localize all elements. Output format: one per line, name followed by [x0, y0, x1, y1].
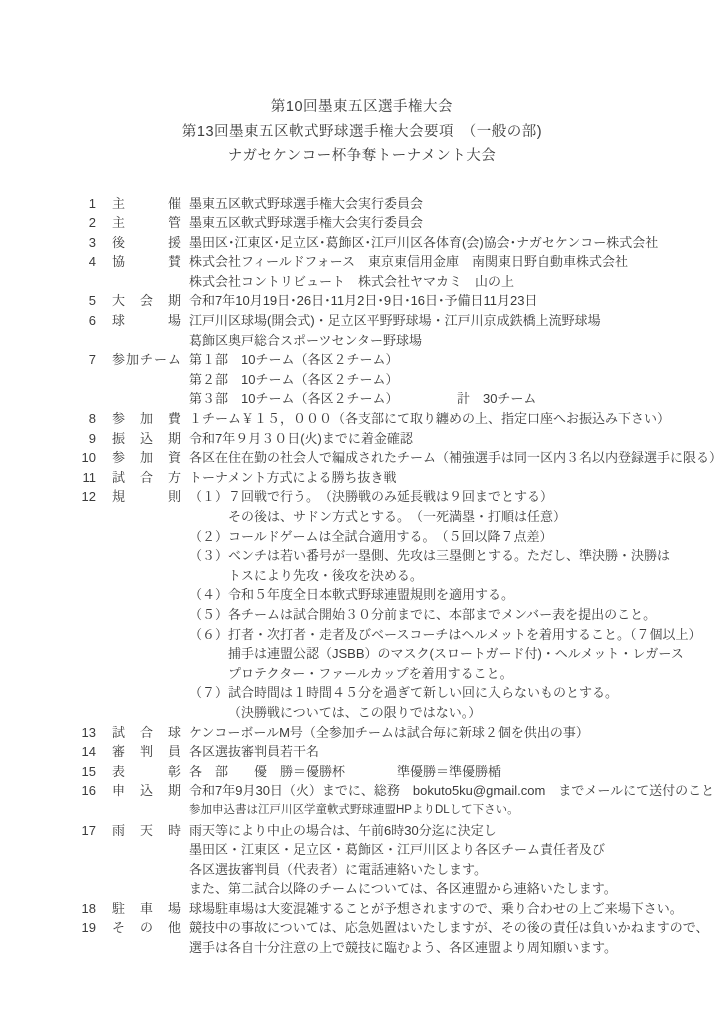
item-number: 7 — [78, 350, 96, 370]
list-item: 12規則（１）７回戦で行う。 （決勝戦のみ延長戦は９回までとする）その後は、サド… — [78, 487, 716, 722]
item-label: 雨天時 — [112, 821, 181, 841]
item-content: 第１部 10チーム（各区２チーム）第２部 10チーム（各区２チーム）第３部 10… — [189, 350, 716, 409]
item-content: 雨天等により中止の場合は、午前6時30分迄に決定し墨田区・江東区・足立区・葛飾区… — [189, 821, 716, 899]
item-number: 14 — [78, 742, 96, 762]
item-number: 5 — [78, 291, 96, 311]
list-item: 7参加チーム第１部 10チーム（各区２チーム）第２部 10チーム（各区２チーム）… — [78, 350, 716, 409]
item-label: 表彰 — [112, 762, 181, 782]
item-number: 11 — [78, 468, 96, 488]
item-content-line: 墨東五区軟式野球選手権大会実行委員会 — [189, 213, 716, 233]
item-content: 競技中の事故については、応急処置はいたしますが、その後の責任は負いかねますので、… — [189, 918, 716, 957]
item-content-line: 捕手は連盟公認（JSBB）のマスク(スロートガード付)・ヘルメット・レガース — [189, 644, 716, 664]
list-item: 13試合球ケンコーボールM号（全参加チームは試合毎に新球２個を供出の事） — [78, 723, 716, 743]
list-item: 18駐車場球場駐車場は大変混雑することが予想されますので、乗り合わせの上ご来場下… — [78, 899, 716, 919]
item-content-line: 第２部 10チーム（各区２チーム） — [189, 370, 716, 390]
item-label: 主管 — [112, 213, 181, 233]
item-content-line: 各区在住在勤の社会人で編成されたチーム（補強選手は同一区内３名以内登録選手に限る… — [189, 448, 716, 468]
item-content: 令和7年10月19日･26日･11月2日･9日･16日･予備日11月23日 — [189, 291, 716, 311]
item-content-line: （１）７回戦で行う。 （決勝戦のみ延長戦は９回までとする） — [189, 487, 716, 507]
item-content-line: （４）令和５年度全日本軟式野球連盟規則を適用する。 — [189, 585, 716, 605]
item-content-line: 墨東五区軟式野球選手権大会実行委員会 — [189, 194, 716, 214]
list-item: 9振込期令和7年９月３０日(火)までに着金確認 — [78, 429, 716, 449]
item-content: 墨田区･江東区･足立区･葛飾区･江戸川区各体育(会)協会･ナガセケンコー株式会社 — [189, 233, 716, 253]
item-content-line: １チーム￥１５，０００（各支部にて取り纏めの上、指定口座へお振込み下さい） — [189, 409, 716, 429]
item-content: 墨東五区軟式野球選手権大会実行委員会 — [189, 194, 716, 214]
item-number: 13 — [78, 723, 96, 743]
item-content-line: プロテクター・ファールカップを着用すること。 — [189, 664, 716, 684]
list-item: 4協賛株式会社フィールドフォース 東京東信用金庫 南関東日野自動車株式会社株式会… — [78, 252, 716, 291]
item-content-line: 第３部 10チーム（各区２チーム） 計 30チーム — [189, 389, 716, 409]
list-item: 11試合方トーナメント方式による勝ち抜き戦 — [78, 468, 716, 488]
item-content: １チーム￥１５，０００（各支部にて取り纏めの上、指定口座へお振込み下さい） — [189, 409, 716, 429]
list-item: 2主管墨東五区軟式野球選手権大会実行委員会 — [78, 213, 716, 233]
list-item: 1主催墨東五区軟式野球選手権大会実行委員会 — [78, 194, 716, 214]
item-number: 15 — [78, 762, 96, 782]
list-item: 10参加資各区在住在勤の社会人で編成されたチーム（補強選手は同一区内３名以内登録… — [78, 448, 716, 468]
item-content: 株式会社フィールドフォース 東京東信用金庫 南関東日野自動車株式会社株式会社コン… — [189, 252, 716, 291]
document-page: 第10回墨東五区選手権大会 第13回墨東五区軟式野球選手権大会要項 （一般の部)… — [0, 0, 724, 1024]
item-content-line: 各区選抜審判員若干名 — [189, 742, 716, 762]
title-line-3: ナガセケンコー杯争奪トーナメント大会 — [0, 144, 724, 169]
item-content-line: 選手は各自十分注意の上で競技に臨むよう、各区連盟より周知願います。 — [189, 938, 716, 958]
item-number: 6 — [78, 311, 96, 331]
item-content-line: 江戸川区球場(開会式)・足立区平野野球場・江戸川京成鉄橋上流野球場 — [189, 311, 716, 331]
item-content-line: 球場駐車場は大変混雑することが予想されますので、乗り合わせの上ご来場下さい。 — [189, 899, 716, 919]
item-content-line: 参加申込書は江戸川区学童軟式野球連盟HPよりDLして下さい。 — [189, 801, 716, 821]
item-label: 協賛 — [112, 252, 181, 272]
list-item: 17雨天時雨天等により中止の場合は、午前6時30分迄に決定し墨田区・江東区・足立… — [78, 821, 716, 899]
item-content-line: 各区選抜審判員（代表者）に電話連絡いたします。 — [189, 860, 716, 880]
item-number: 12 — [78, 487, 96, 507]
list-item: 3後援墨田区･江東区･足立区･葛飾区･江戸川区各体育(会)協会･ナガセケンコー株… — [78, 233, 716, 253]
item-label: 主催 — [112, 194, 181, 214]
item-content: ケンコーボールM号（全参加チームは試合毎に新球２個を供出の事） — [189, 723, 716, 743]
list-item: 16申込期令和7年9月30日（火）までに、総務 bokuto5ku@gmail.… — [78, 781, 716, 820]
item-number: 9 — [78, 429, 96, 449]
item-content-line: （決勝戦については、この限りではない。） — [189, 703, 716, 723]
item-content: 球場駐車場は大変混雑することが予想されますので、乗り合わせの上ご来場下さい。 — [189, 899, 716, 919]
list-item: 5大会期令和7年10月19日･26日･11月2日･9日･16日･予備日11月23… — [78, 291, 716, 311]
item-content-line: 令和7年９月３０日(火)までに着金確認 — [189, 429, 716, 449]
item-label: その他 — [112, 918, 181, 938]
item-number: 8 — [78, 409, 96, 429]
item-content-line: 株式会社コントリビュート 株式会社ヤマカミ 山の上 — [189, 272, 716, 292]
item-content-line: 葛飾区奥戸総合スポーツセンター野球場 — [189, 331, 716, 351]
item-content-line: 各 部 優 勝＝優勝杯 準優勝＝準優勝楯 — [189, 762, 716, 782]
item-label: 振込期 — [112, 429, 181, 449]
item-number: 10 — [78, 448, 96, 468]
item-number: 1 — [78, 194, 96, 214]
item-content-line: トーナメント方式による勝ち抜き戦 — [189, 468, 716, 488]
item-content-line: （５）各チームは試合開始３０分前までに、本部までメンバー表を提出のこと。 — [189, 605, 716, 625]
item-content-line: （２）コールドゲームは全試合適用する。 （５回以降７点差） — [189, 527, 716, 547]
title-line-2: 第13回墨東五区軟式野球選手権大会要項 （一般の部) — [0, 120, 724, 145]
list-item: 14審判員各区選抜審判員若干名 — [78, 742, 716, 762]
item-number: 2 — [78, 213, 96, 233]
item-content: 墨東五区軟式野球選手権大会実行委員会 — [189, 213, 716, 233]
item-label: 参加資 — [112, 448, 181, 468]
list-item: 19その他競技中の事故については、応急処置はいたしますが、その後の責任は負いかね… — [78, 918, 716, 957]
list-item: 15表彰各 部 優 勝＝優勝杯 準優勝＝準優勝楯 — [78, 762, 716, 782]
item-content-line: また、第二試合以降のチームについては、各区連盟から連絡いたします。 — [189, 879, 716, 899]
item-label: 規則 — [112, 487, 181, 507]
item-label: 後援 — [112, 233, 181, 253]
item-content: 令和7年９月３０日(火)までに着金確認 — [189, 429, 716, 449]
item-number: 17 — [78, 821, 96, 841]
item-label: 試合方 — [112, 468, 181, 488]
item-content-line: トスにより先攻・後攻を決める。 — [189, 566, 716, 586]
item-content-line: 墨田区・江東区・足立区・葛飾区・江戸川区より各区チーム責任者及び — [189, 840, 716, 860]
item-content: （１）７回戦で行う。 （決勝戦のみ延長戦は９回までとする）その後は、サドン方式と… — [189, 487, 716, 722]
item-label: 申込期 — [112, 781, 181, 801]
items-list: 1主催墨東五区軟式野球選手権大会実行委員会2主管墨東五区軟式野球選手権大会実行委… — [0, 194, 724, 958]
item-content: トーナメント方式による勝ち抜き戦 — [189, 468, 716, 488]
item-label: 大会期 — [112, 291, 181, 311]
list-item: 6球場江戸川区球場(開会式)・足立区平野野球場・江戸川京成鉄橋上流野球場葛飾区奥… — [78, 311, 716, 350]
list-item: 8参加費１チーム￥１５，０００（各支部にて取り纏めの上、指定口座へお振込み下さい… — [78, 409, 716, 429]
item-content: 令和7年9月30日（火）までに、総務 bokuto5ku@gmail.com ま… — [189, 781, 716, 820]
item-content-line: その後は、サドン方式とする。 （一死満塁・打順は任意） — [189, 507, 716, 527]
item-number: 19 — [78, 918, 96, 938]
item-label: 参加費 — [112, 409, 181, 429]
item-label: 審判員 — [112, 742, 181, 762]
item-content-line: ケンコーボールM号（全参加チームは試合毎に新球２個を供出の事） — [189, 723, 716, 743]
item-content-line: 令和7年9月30日（火）までに、総務 bokuto5ku@gmail.com ま… — [189, 781, 716, 801]
item-label: 試合球 — [112, 723, 181, 743]
item-number: 18 — [78, 899, 96, 919]
item-number: 16 — [78, 781, 96, 801]
item-content-line: 令和7年10月19日･26日･11月2日･9日･16日･予備日11月23日 — [189, 291, 716, 311]
item-content-line: 競技中の事故については、応急処置はいたしますが、その後の責任は負いかねますので、 — [189, 918, 716, 938]
item-label: 駐車場 — [112, 899, 181, 919]
item-content-line: （７）試合時間は１時間４５分を過ぎて新しい回に入らないものとする。 — [189, 683, 716, 703]
item-content: 江戸川区球場(開会式)・足立区平野野球場・江戸川京成鉄橋上流野球場葛飾区奥戸総合… — [189, 311, 716, 350]
item-number: 4 — [78, 252, 96, 272]
item-content: 各区選抜審判員若干名 — [189, 742, 716, 762]
item-content-line: 雨天等により中止の場合は、午前6時30分迄に決定し — [189, 821, 716, 841]
item-number: 3 — [78, 233, 96, 253]
item-content-line: 墨田区･江東区･足立区･葛飾区･江戸川区各体育(会)協会･ナガセケンコー株式会社 — [189, 233, 716, 253]
item-content-line: （３）ベンチは若い番号が一塁側、先攻は三塁側とする。ただし、準決勝・決勝は — [189, 546, 716, 566]
item-content-line: 第１部 10チーム（各区２チーム） — [189, 350, 716, 370]
item-content-line: 株式会社フィールドフォース 東京東信用金庫 南関東日野自動車株式会社 — [189, 252, 716, 272]
item-content: 各 部 優 勝＝優勝杯 準優勝＝準優勝楯 — [189, 762, 716, 782]
document-title: 第10回墨東五区選手権大会 第13回墨東五区軟式野球選手権大会要項 （一般の部)… — [0, 0, 724, 169]
title-line-1: 第10回墨東五区選手権大会 — [0, 95, 724, 120]
item-content: 各区在住在勤の社会人で編成されたチーム（補強選手は同一区内３名以内登録選手に限る… — [189, 448, 716, 468]
item-label: 参加チーム — [112, 350, 181, 370]
item-content-line: （６）打者・次打者・走者及びベースコーチはヘルメットを着用すること。（７個以上） — [189, 625, 716, 645]
item-label: 球場 — [112, 311, 181, 331]
